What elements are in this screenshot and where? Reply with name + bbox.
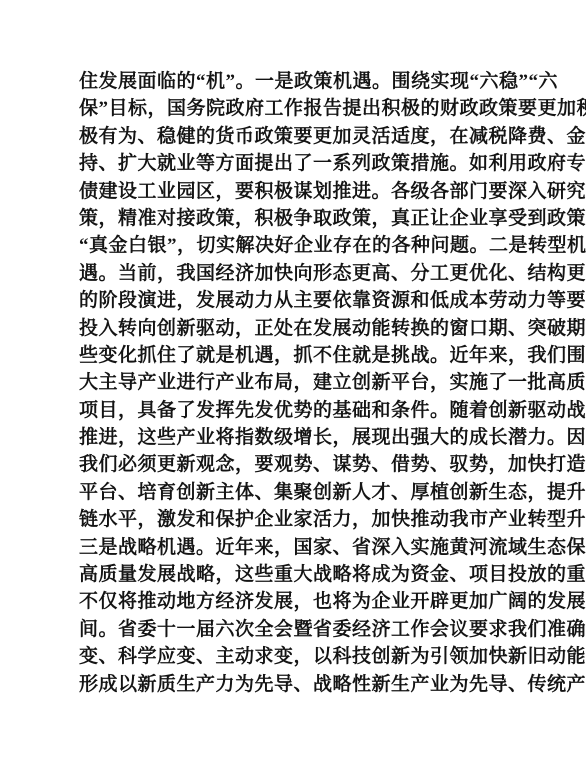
text-line: 投入转向创新驱动，正处在发展动能转换的窗口期、突破期。这: [79, 315, 512, 342]
text-line: “真金白银”，切实解决好企业存在的各种问题。二是转型机: [79, 232, 512, 259]
text-line: 些变化抓住了就是机遇，抓不住就是挑战。近年来，我们围绕三: [79, 342, 512, 369]
text-line: 持、扩大就业等方面提出了一系列政策措施。如利用政府专项: [79, 150, 512, 177]
text-line: 平台、培育创新主体、集聚创新人才、厚植创新生态，提升产业: [79, 479, 512, 506]
text-line: 遇。当前，我国经济加快向形态更高、分工更优化、结构更合理: [79, 260, 512, 287]
text-line: 三是战略机遇。近年来，国家、省深入实施黄河流域生态保护和: [79, 534, 512, 561]
text-line: 住发展面临的“机”。一是政策机遇。围绕实现“六稳”“六: [79, 68, 512, 95]
text-line: 链水平，激发和保护企业家活力，加快推动我市产业转型升级。: [79, 506, 512, 533]
text-line: 债建设工业园区，要积极谋划推进。各级各部门要深入研究政: [79, 178, 512, 205]
text-line: 极有为、稳健的货币政策要更加灵活适度，在减税降费、金融支: [79, 123, 512, 150]
document-page: 住发展面临的“机”。一是政策机遇。围绕实现“六稳”“六保”目标，国务院政府工作报…: [0, 0, 586, 759]
text-line: 项目，具备了发挥先发优势的基础和条件。随着创新驱动战略: [79, 397, 512, 424]
text-line: 策，精准对接政策，积极争取政策，真正让企业享受到政策的: [79, 205, 512, 232]
text-line: 不仅将推动地方经济发展，也将为企业开辟更加广阔的发展空: [79, 588, 512, 615]
body-text: 住发展面临的“机”。一是政策机遇。围绕实现“六稳”“六保”目标，国务院政府工作报…: [79, 68, 512, 698]
text-line: 我们必须更新观念，要观势、谋势、借势、驭势，加快打造创新: [79, 451, 512, 478]
text-line: 的阶段演进，发展动力从主要依靠资源和低成本劳动力等要素: [79, 287, 512, 314]
text-line: 变、科学应变、主动求变，以科技创新为引领加快新旧动能转换，: [79, 643, 512, 670]
text-line: 大主导产业进行产业布局，建立创新平台，实施了一批高质量: [79, 369, 512, 396]
text-line: 高质量发展战略，这些重大战略将成为资金、项目投放的重点，: [79, 561, 512, 588]
text-line: 保”目标，国务院政府工作报告提出积极的财政政策要更加积: [79, 95, 512, 122]
text-line: 形成以新质生产力为先导、战略性新生产业为先导、传统产业: [79, 671, 512, 698]
text-line: 间。省委十一届六次全会暨省委经济工作会议要求我们准确识: [79, 616, 512, 643]
text-line: 推进，这些产业将指数级增长，展现出强大的成长潜力。因此，: [79, 424, 512, 451]
